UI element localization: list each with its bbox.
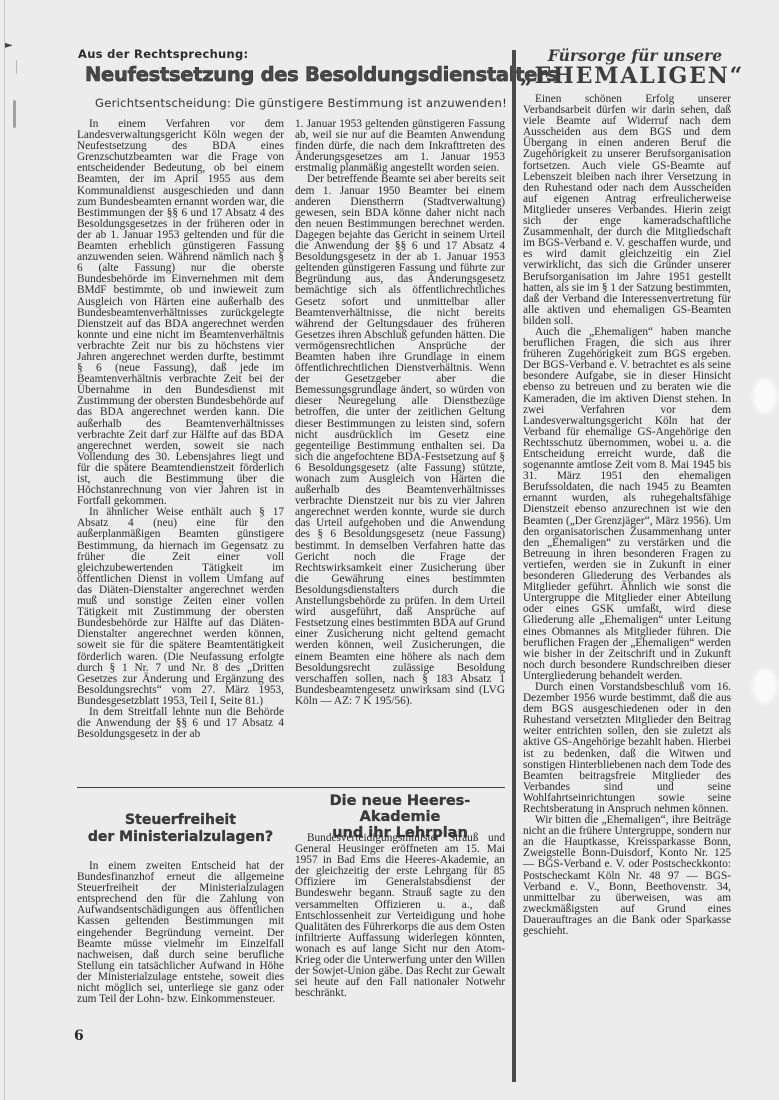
paper-blot bbox=[753, 668, 777, 704]
article4-body: Einen schönen Erfolg unserer Verbandsarb… bbox=[523, 94, 731, 937]
paragraph: In ähnlicher Weise enthält auch § 17 Abs… bbox=[77, 507, 284, 707]
article2-title: Steuerfreiheit der Ministerialzulagen? bbox=[77, 812, 284, 846]
paragraph: 1. Januar 1953 geltenden günstigeren Fas… bbox=[295, 119, 505, 174]
paper-blot bbox=[753, 378, 777, 414]
paragraph: Durch einen Vorstandsbeschluß vom 16. De… bbox=[523, 682, 731, 815]
scan-smudge bbox=[16, 60, 17, 74]
title-line: Steuerfreiheit bbox=[77, 812, 284, 829]
paragraph: In dem Streitfall lehnte nun die Behörde… bbox=[77, 707, 284, 740]
article1-column1: In einem Verfahren vor dem Landesverwalt… bbox=[77, 119, 284, 740]
scan-arrow-icon: ► bbox=[5, 40, 13, 51]
paragraph: Bundesverteidigungsminister Strauß und G… bbox=[295, 833, 505, 999]
article4-title: „EHEMALIGEN“ bbox=[520, 63, 735, 89]
article-headline: Neufestsetzung des Besoldungsdienstalter… bbox=[85, 63, 510, 86]
title-line: Die neue Heeres-Akademie bbox=[295, 793, 505, 825]
column-divider bbox=[512, 50, 516, 1082]
article1-column2: 1. Januar 1953 geltenden günstigeren Fas… bbox=[295, 119, 505, 707]
page-number: 6 bbox=[74, 1028, 84, 1044]
paragraph: In einem Verfahren vor dem Landesverwalt… bbox=[77, 119, 284, 507]
paragraph: In einem zweiten Entscheid hat der Bunde… bbox=[77, 861, 284, 1005]
scan-smudge bbox=[13, 100, 16, 128]
paragraph: Der betreffende Beamte sei aber bereits … bbox=[295, 174, 505, 707]
section-divider bbox=[77, 787, 505, 788]
paragraph: Einen schönen Erfolg unserer Verbandsarb… bbox=[523, 94, 731, 327]
article3-body: Bundesverteidigungsminister Strauß und G… bbox=[295, 833, 505, 999]
article2-body: In einem zweiten Entscheid hat der Bunde… bbox=[77, 861, 284, 1005]
article-subhead: Gerichtsentscheidung: Die günstigere Bes… bbox=[95, 96, 515, 110]
paragraph: Auch die „Ehemaligen“ haben manche beruf… bbox=[523, 327, 731, 682]
paragraph: Wir bitten die „Ehemaligen“, ihre Beiträ… bbox=[523, 815, 731, 937]
page-edge bbox=[4, 0, 5, 1100]
article-kicker: Aus der Rechtsprechung: bbox=[78, 47, 248, 61]
title-line: der Ministerialzulagen? bbox=[77, 829, 284, 846]
